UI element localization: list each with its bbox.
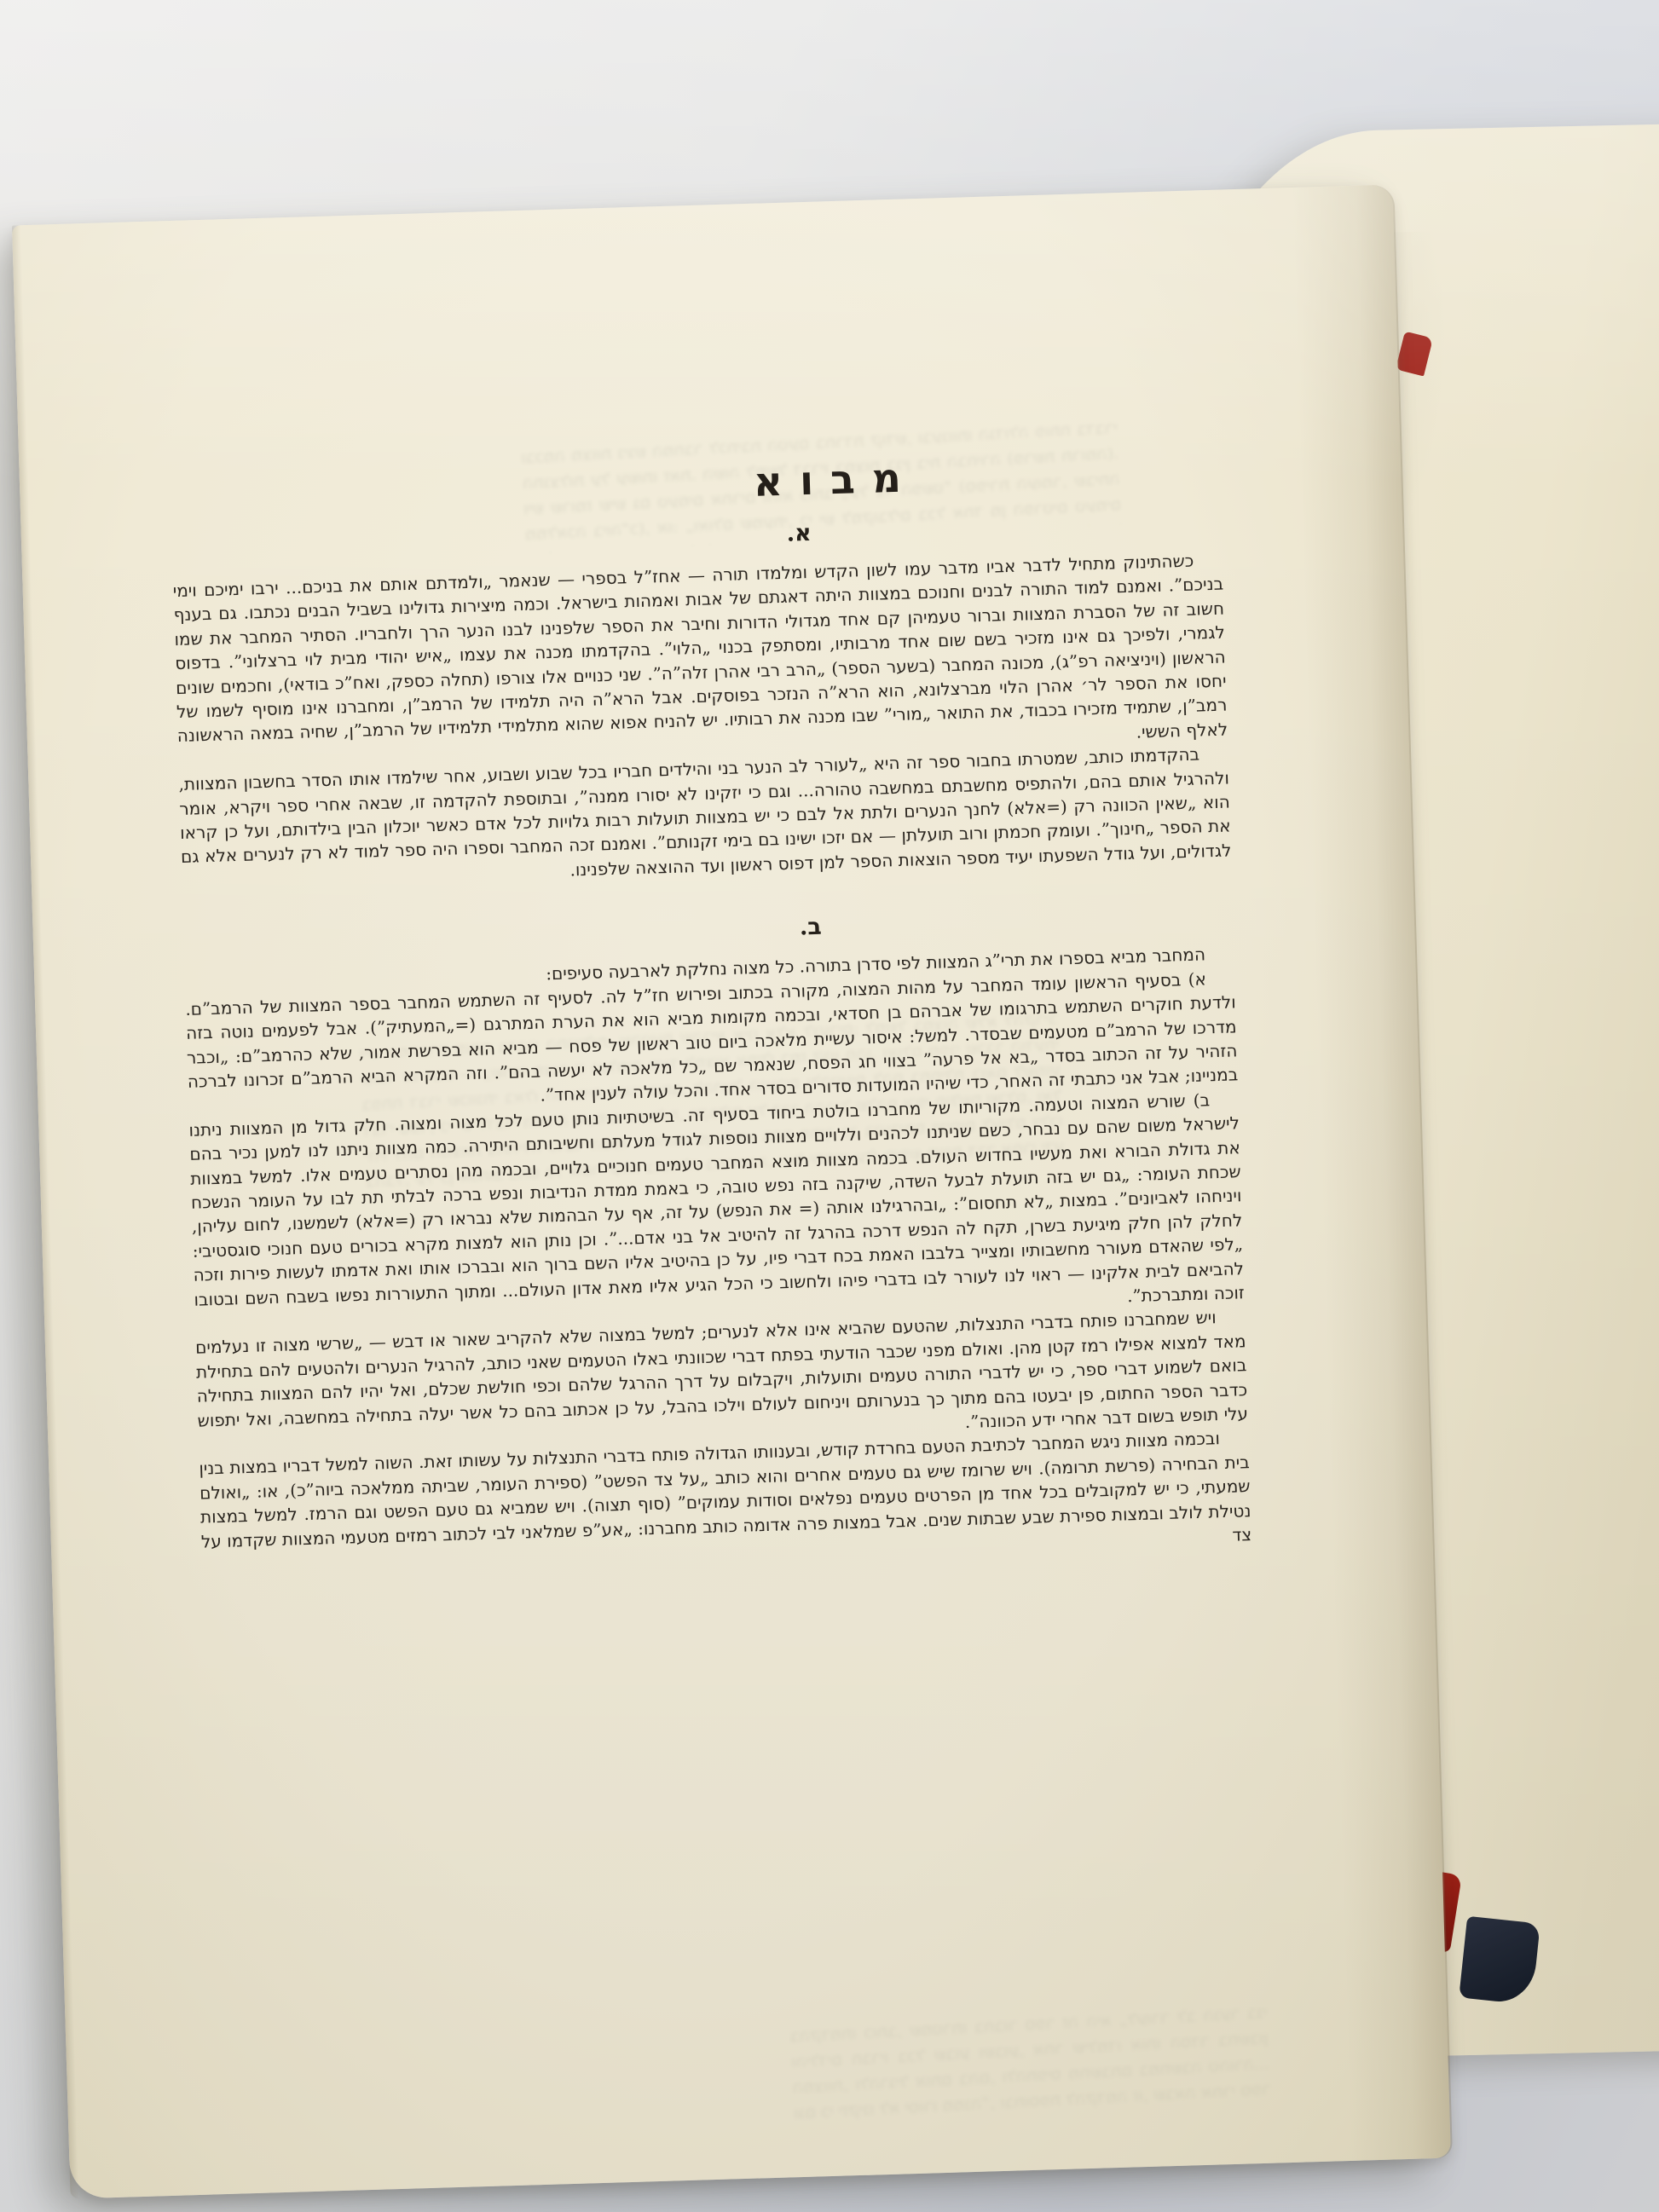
book-page: ובכמה מצוות ניגש המחבר לכתיבת הטעם בחרדת…	[12, 184, 1451, 2198]
photo-background: ובכמה מצוות ניגש המחבר לכתיבת הטעם בחרדת…	[0, 0, 1659, 2212]
paragraph: כשהתינוק מתחיל לדבר אביו מדבר עמו לשון ה…	[172, 548, 1228, 773]
paragraph: ב) שורש המצוה וטעמה. מקוריותו של מחברנו …	[188, 1087, 1245, 1336]
page-text-column: מבוא א. כשהתינוק מתחיל לדבר אביו מדבר עמ…	[170, 446, 1269, 2135]
